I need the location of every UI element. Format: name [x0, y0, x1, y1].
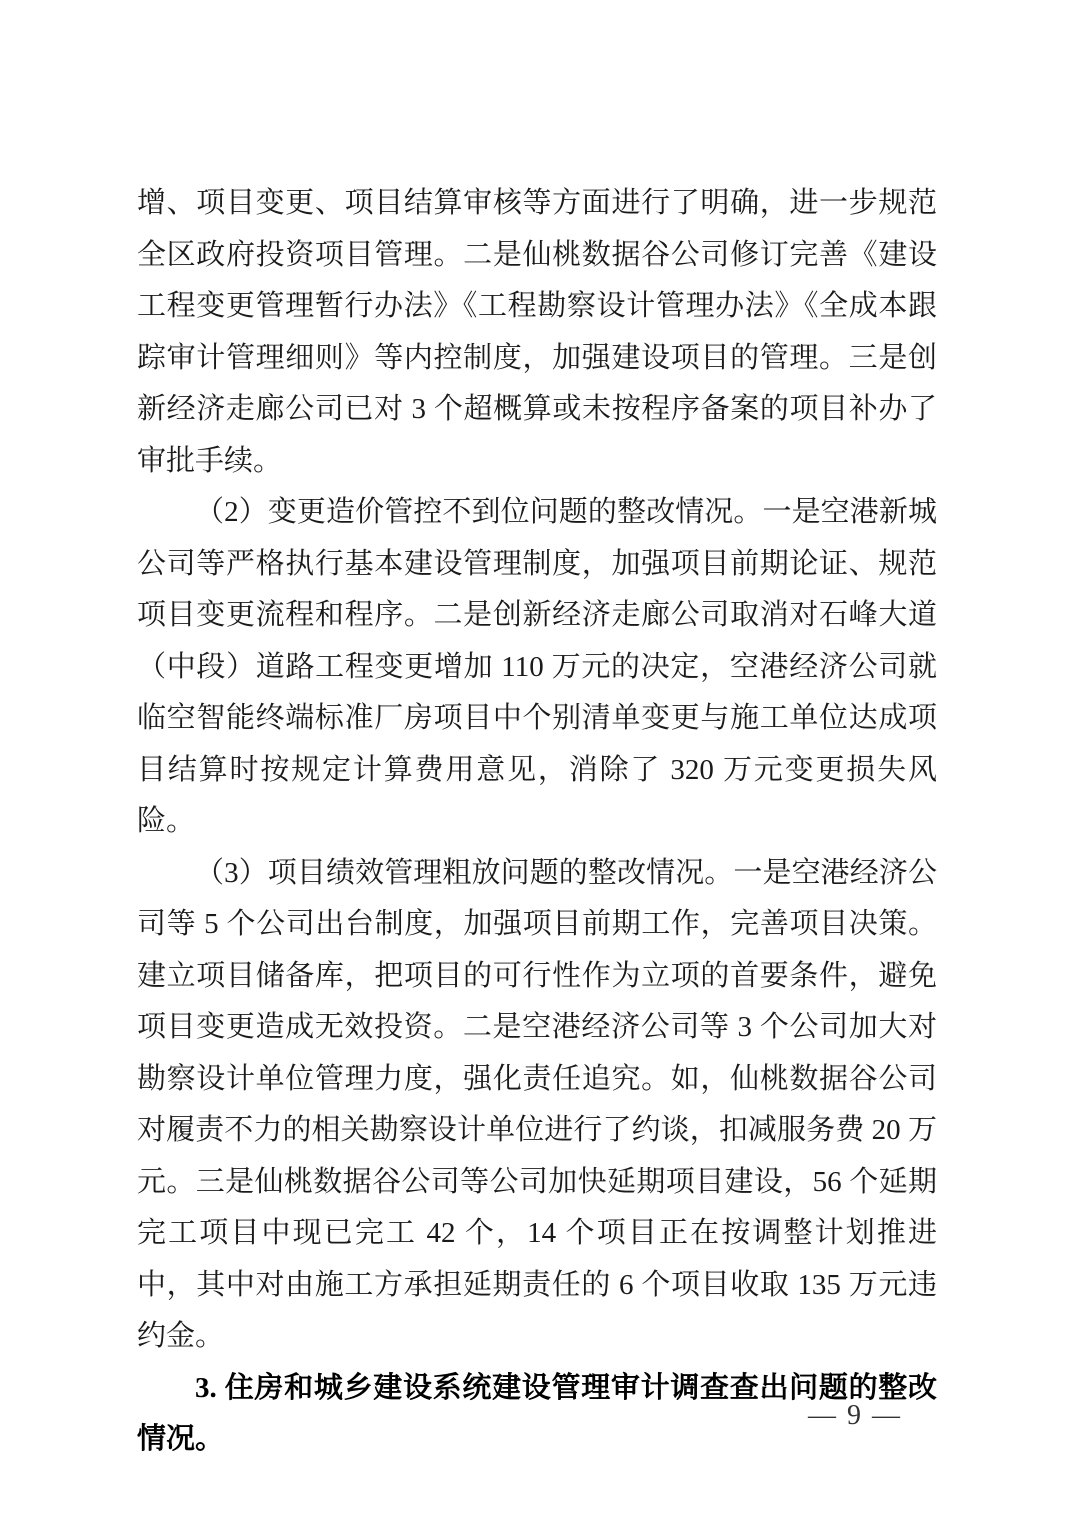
paragraph-item-2: （2）变更造价管控不到位问题的整改情况。一是空港新城公司等严格执行基本建设管理制… [137, 487, 937, 848]
document-page: 增、项目变更、项目结算审核等方面进行了明确，进一步规范全区政府投资项目管理。二是… [0, 0, 1074, 1520]
paragraph-continuation: 增、项目变更、项目结算审核等方面进行了明确，进一步规范全区政府投资项目管理。二是… [137, 178, 937, 487]
page-content: 增、项目变更、项目结算审核等方面进行了明确，进一步规范全区政府投资项目管理。二是… [137, 178, 937, 1466]
page-footer: — 9 — [808, 1400, 902, 1432]
paragraph-item-3: （3）项目绩效管理粗放问题的整改情况。一是空港经济公司等 5 个公司出台制度，加… [137, 848, 937, 1363]
page-number: — 9 — [808, 1400, 902, 1431]
